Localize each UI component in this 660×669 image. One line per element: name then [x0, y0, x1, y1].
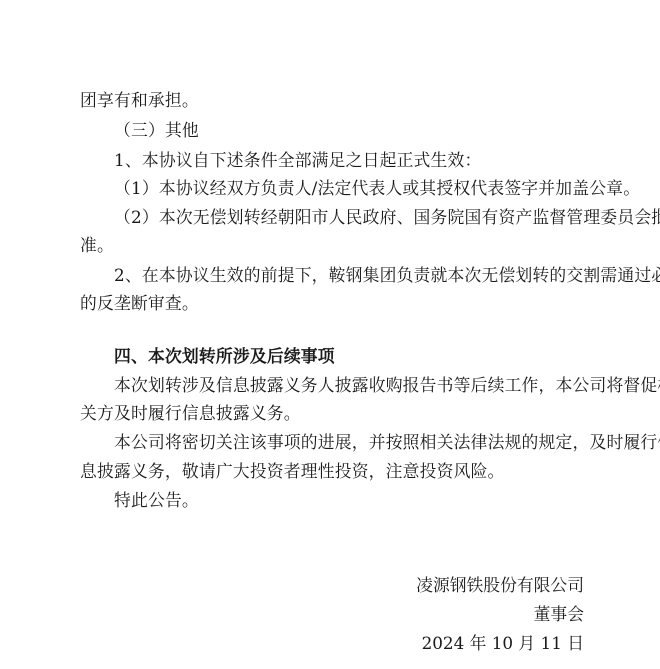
closing-statement: 特此公告。: [114, 490, 585, 510]
paragraph-line: 2、在本协议生效的前提下，鞍钢集团负责就本次无偿划转的交割需通过必要: [114, 265, 585, 285]
paragraph-line: 1、本协议自下述条件全部满足之日起正式生效：: [114, 150, 585, 170]
document-page: 团享有和承担。 （三）其他 1、本协议自下述条件全部满足之日起正式生效： （1）…: [0, 0, 660, 669]
paragraph-line: （1）本协议经双方负责人/法定代表人或其授权代表签字并加盖公章。: [114, 178, 585, 198]
paragraph-line: 团享有和承担。: [80, 90, 585, 110]
signature-company: 凌源钢铁股份有限公司: [416, 575, 584, 595]
subsection-heading-other: （三）其他: [114, 120, 585, 140]
signature-board: 董事会: [534, 604, 584, 624]
paragraph-line: 息披露义务，敬请广大投资者理性投资，注意投资风险。: [80, 461, 585, 481]
signature-date: 2024 年 10 月 11 日: [422, 633, 584, 653]
paragraph-line: 本次划转涉及信息披露义务人披露收购报告书等后续工作，本公司将督促相: [114, 375, 585, 395]
paragraph-line: 的反垄断审查。: [80, 293, 585, 313]
paragraph-line: 关方及时履行信息披露义务。: [80, 403, 585, 423]
section-heading: 四、本次划转所涉及后续事项: [114, 346, 585, 366]
paragraph-line: 本公司将密切关注该事项的进展，并按照相关法律法规的规定，及时履行信: [114, 432, 585, 452]
paragraph-line: 准。: [80, 235, 585, 255]
paragraph-line: （2）本次无偿划转经朝阳市人民政府、国务院国有资产监督管理委员会批: [114, 207, 585, 227]
